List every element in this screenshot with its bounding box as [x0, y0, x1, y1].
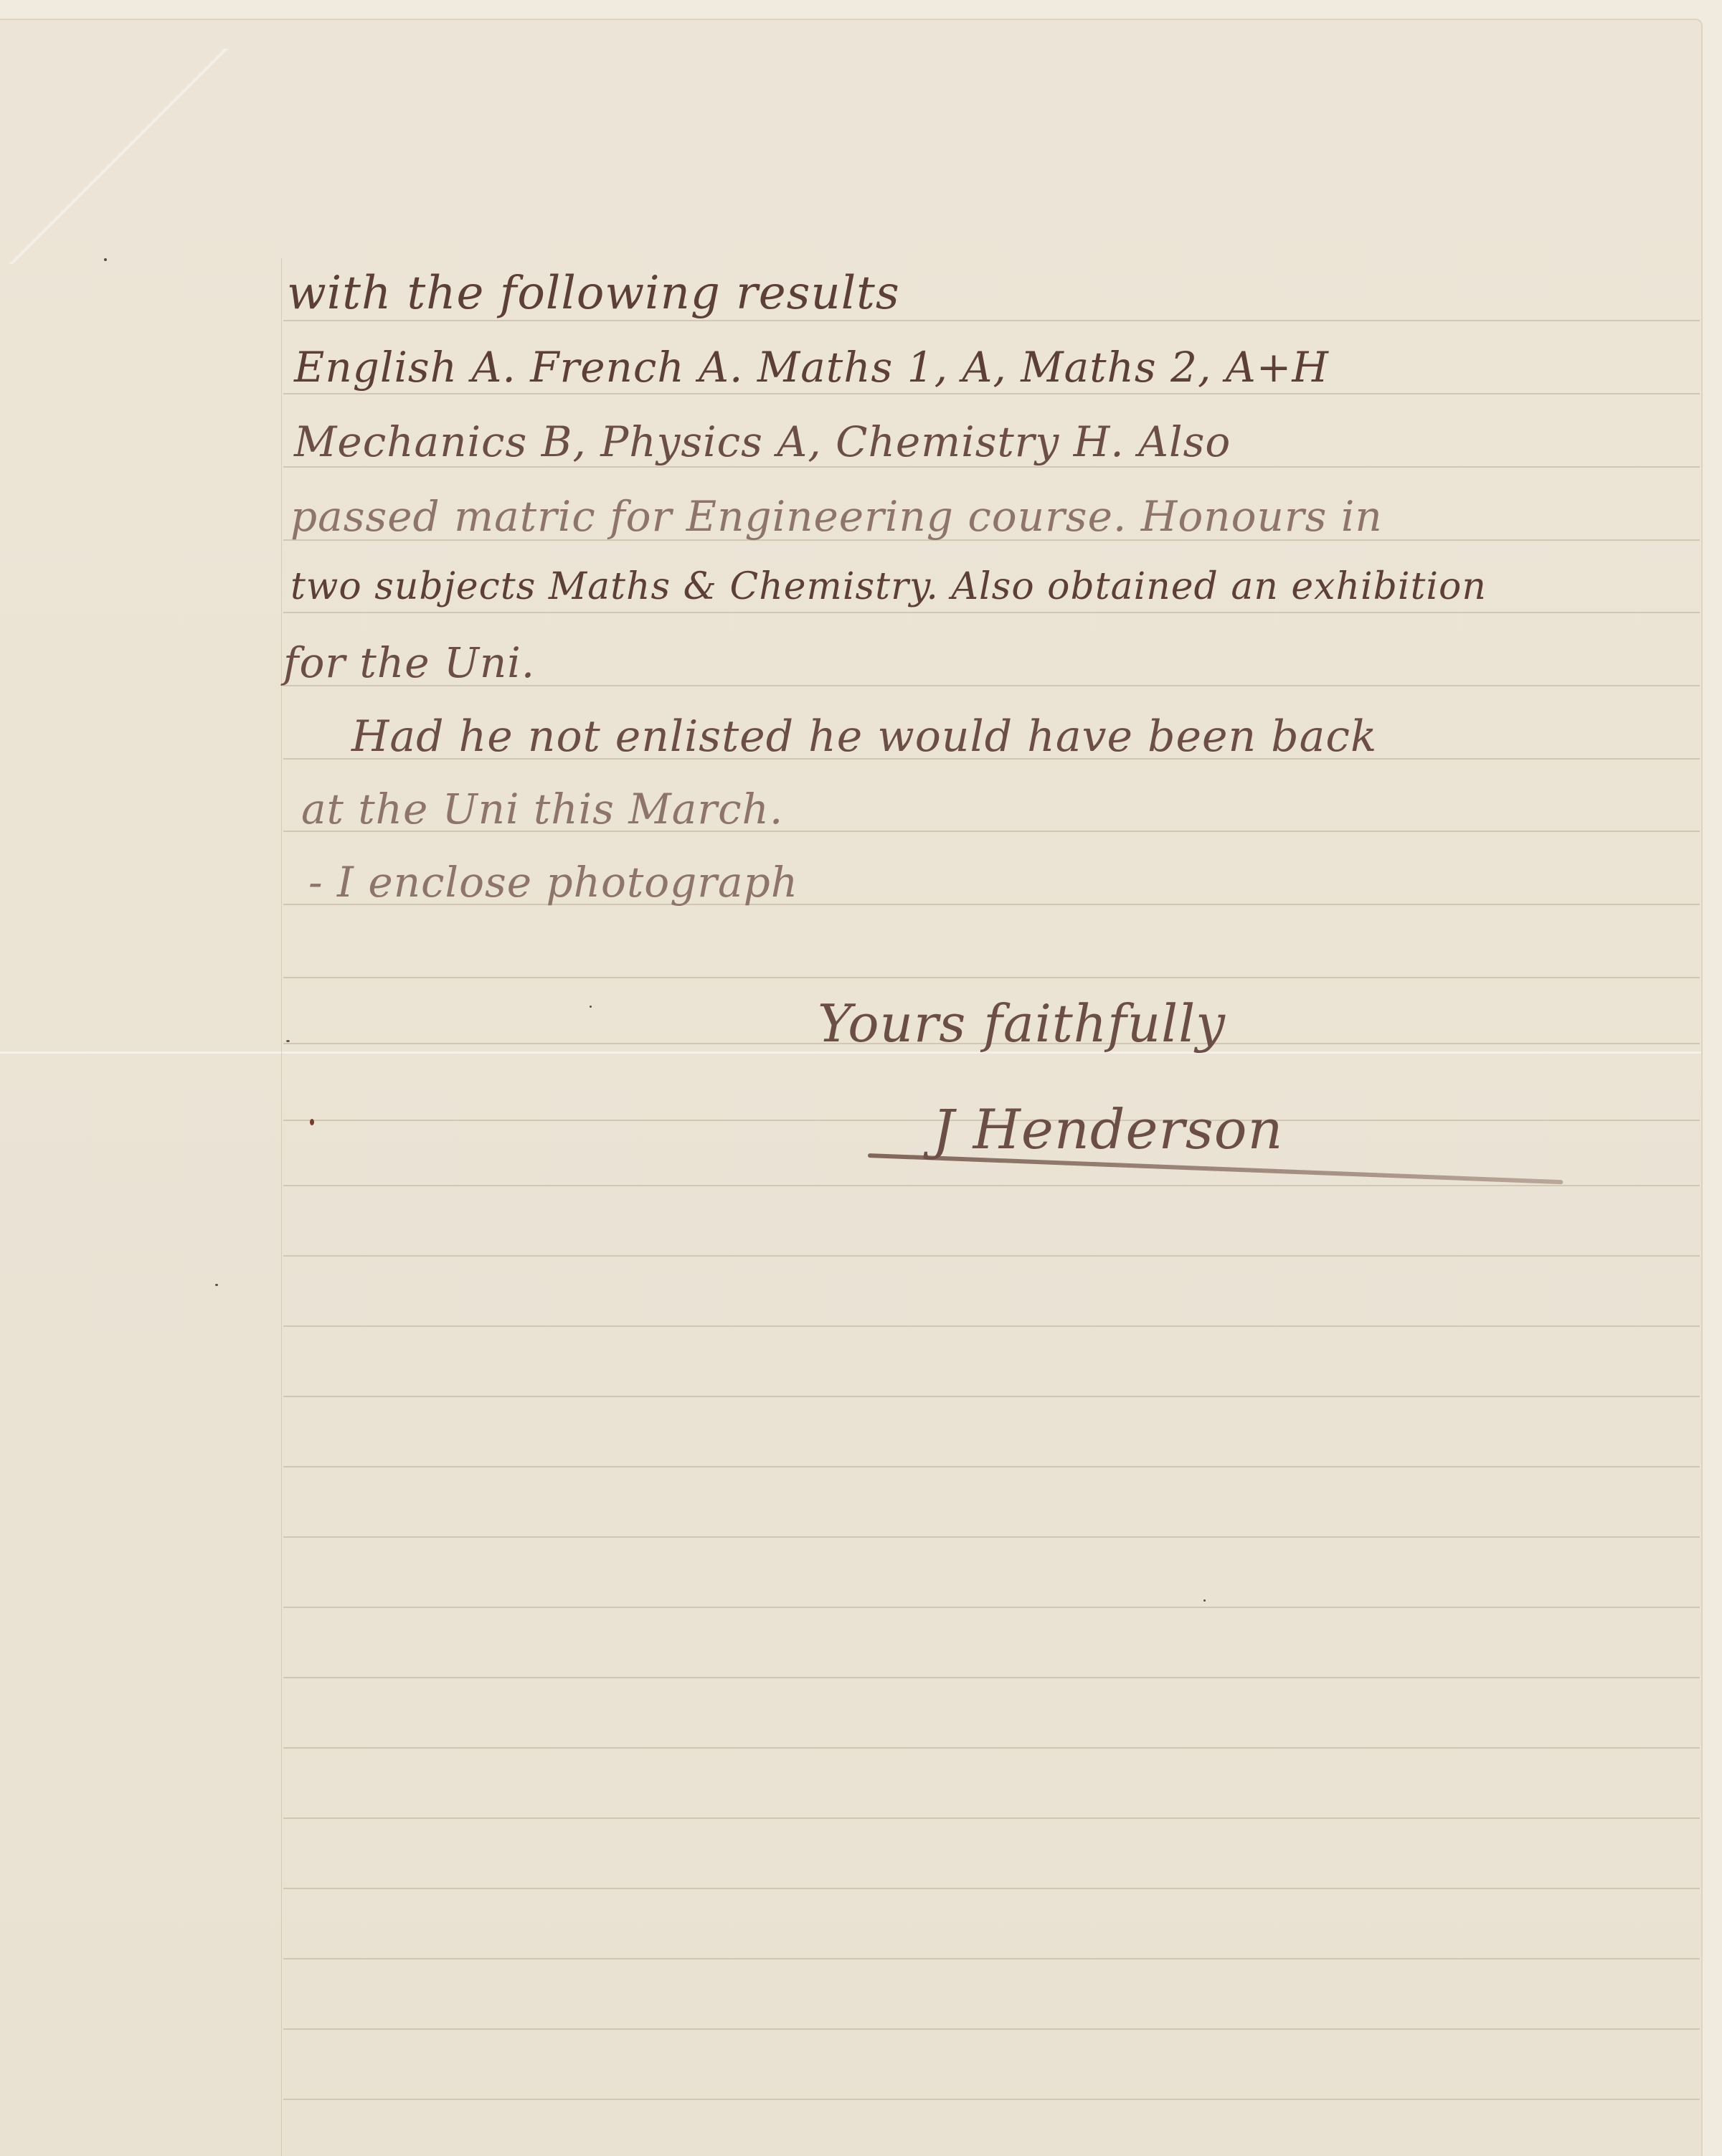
ruled-line — [283, 1817, 1700, 1819]
ruled-line — [283, 2028, 1700, 2030]
ruled-line — [283, 466, 1700, 468]
ruled-line — [283, 1677, 1700, 1678]
margin-line — [281, 258, 282, 2156]
letter-line-1: with the following results — [287, 267, 900, 320]
valediction: Yours faithfully — [818, 993, 1226, 1054]
ruled-line — [283, 393, 1700, 394]
letter-line-6: for the Uni. — [283, 638, 535, 687]
letter-line-3: Mechanics B, Physics A, Chemistry H. Als… — [294, 417, 1231, 466]
ink-speck — [590, 1006, 592, 1008]
ruled-line — [283, 1185, 1700, 1186]
ruled-line — [283, 612, 1700, 613]
letter-line-5: two subjects Maths & Chemistry. Also obt… — [290, 565, 1487, 608]
letter-line-4: passed matric for Engineering course. Ho… — [290, 492, 1383, 541]
ink-speck — [310, 1119, 314, 1125]
signature: J Henderson — [932, 1097, 1284, 1161]
ruled-line — [283, 2099, 1700, 2100]
ruled-line — [283, 1607, 1700, 1608]
letter-line-8: at the Uni this March. — [301, 785, 783, 833]
ruled-line — [283, 1325, 1700, 1327]
ruled-line — [283, 1536, 1700, 1538]
ruled-line — [283, 1747, 1700, 1749]
ruled-line — [283, 320, 1700, 321]
ruled-line — [283, 1958, 1700, 1959]
letter-line-2: English A. French A. Maths 1, A, Maths 2… — [294, 343, 1329, 392]
ink-speck — [1203, 1599, 1206, 1602]
ruled-line — [283, 1888, 1700, 1889]
ink-speck — [286, 1040, 290, 1042]
ruled-line — [283, 1255, 1700, 1257]
ruled-line — [283, 1466, 1700, 1467]
ink-speck — [104, 258, 107, 261]
letter-line-7: Had he not enlisted he would have been b… — [351, 711, 1377, 762]
ruled-line — [283, 977, 1700, 978]
ink-speck — [215, 1284, 218, 1286]
letter-sheet — [0, 19, 1703, 2156]
paper-crease-diagonal — [0, 49, 237, 264]
ruled-line — [283, 1396, 1700, 1397]
letter-line-9: - I enclose photograph — [308, 858, 798, 907]
